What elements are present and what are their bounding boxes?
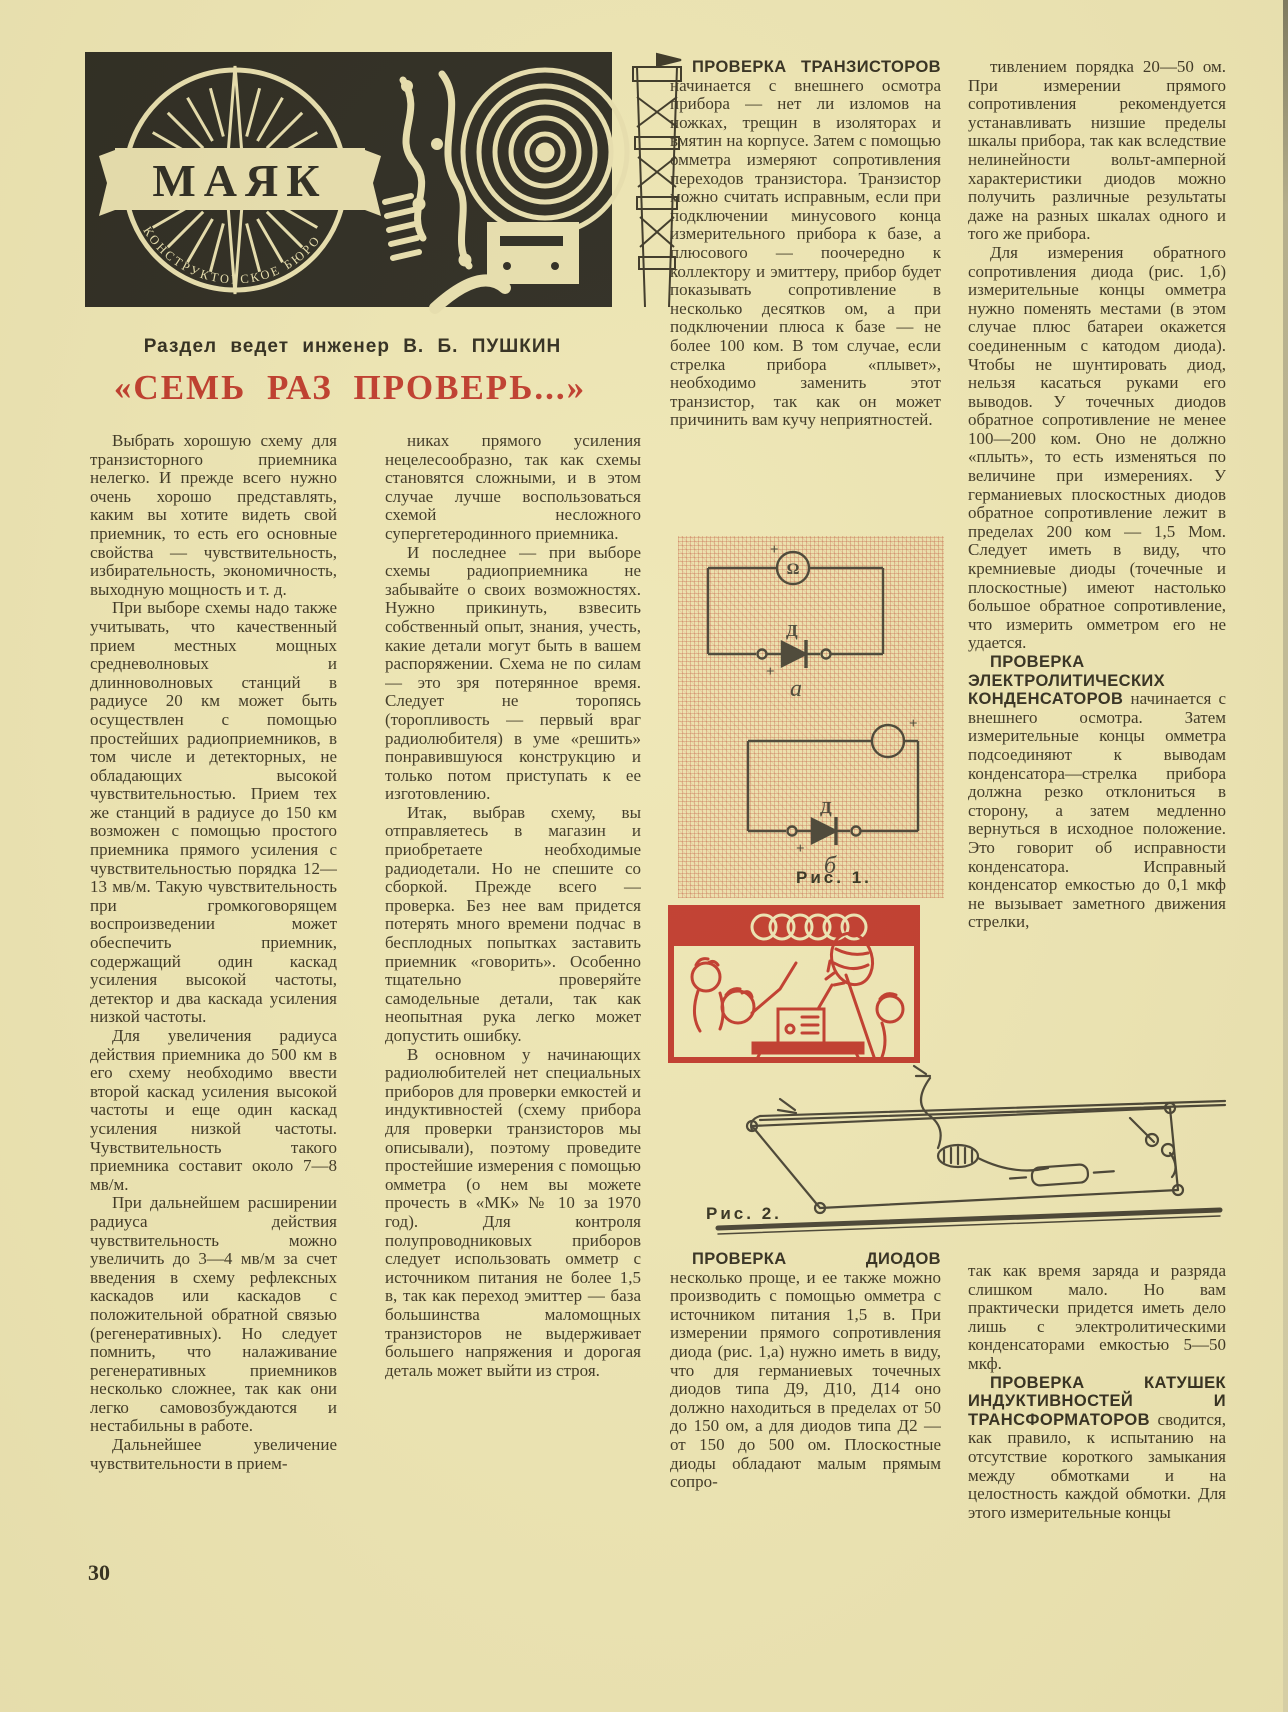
name-banner: МАЯК <box>99 148 381 216</box>
pointer-stick-art <box>752 963 796 1013</box>
column-4-bottom: так как время заряда и разряда слишком м… <box>968 1262 1226 1654</box>
figure-2-caption: Рис. 2. <box>706 1204 782 1224</box>
wire-art <box>921 1078 941 1148</box>
diode-label: Д <box>786 621 798 640</box>
paragraph: При выборе схемы надо также учитывать, ч… <box>90 599 337 1027</box>
section-heading-diodes: ПРОВЕРКА ДИОДОВ <box>692 1250 941 1268</box>
masthead-illustration: МАЯК КОНСТРУКТОРСКОЕ БЮРО <box>85 52 700 332</box>
page-number: 30 <box>88 1560 110 1586</box>
subfigure-a-label: а <box>790 676 802 702</box>
plus-label: + <box>770 542 779 558</box>
cartoon-illustration <box>668 905 920 1063</box>
masthead-art: МАЯК КОНСТРУКТОРСКОЕ БЮРО <box>85 52 700 332</box>
paragraph: Итак, выбрав схему, вы отправляетесь в м… <box>385 804 641 1046</box>
ohm-symbol: Ω <box>787 561 800 578</box>
plus-label: + <box>796 841 805 857</box>
column-2: никах прямого усиления нецелесообразно, … <box>385 432 641 1540</box>
paragraph: никах прямого усиления нецелесообразно, … <box>385 432 641 544</box>
resistor-art <box>1009 1162 1114 1187</box>
column-1: Выбрать хорошую схему для транзисторного… <box>90 432 337 1540</box>
paragraph: Для увеличения радиуса действия приемник… <box>90 1027 337 1194</box>
diode-label: Д <box>820 798 832 817</box>
paragraph: Выбрать хорошую схему для транзисторного… <box>90 432 337 599</box>
paragraph: ПРОВЕРКА ЭЛЕКТРОЛИТИЧЕСКИХ КОНДЕНСАТОРОВ… <box>968 653 1226 932</box>
column-3-bottom: ПРОВЕРКА ДИОДОВ несколько проще, и ее та… <box>670 1250 941 1562</box>
antenna-art <box>818 985 832 1009</box>
clip-art <box>778 1099 796 1113</box>
paragraph: Дальнейшее увеличение чувствительности в… <box>90 1436 337 1473</box>
plus-label: + <box>766 664 775 680</box>
paragraph: так как время заряда и разряда слишком м… <box>968 1262 1226 1374</box>
ohmmeter-icon <box>872 725 904 757</box>
page-title: «СЕМЬ РАЗ ПРОВЕРЬ...» <box>70 368 630 408</box>
column-3-top: ПРОВЕРКА ТРАНЗИСТОРОВ начинается с внешн… <box>670 58 941 538</box>
scan-edge-shadow <box>1283 0 1288 1712</box>
diode-icon <box>782 642 806 666</box>
child-head-art <box>692 963 720 991</box>
paragraph: ПРОВЕРКА ДИОДОВ несколько проще, и ее та… <box>670 1250 941 1492</box>
magazine-page: МАЯК КОНСТРУКТОРСКОЕ БЮРО <box>0 0 1288 1712</box>
paragraph: ПРОВЕРКА ТРАНЗИСТОРОВ начинается с внешн… <box>670 58 941 430</box>
paragraph: И последнее — при выборе схемы радиоприе… <box>385 544 641 804</box>
crocodile-clip-art <box>914 1066 930 1076</box>
figure-1-caption: Рис. 1. <box>796 868 872 888</box>
paragraph: Для измерения обратного сопротивления ди… <box>968 244 1226 653</box>
magazine-title: МАЯК <box>152 155 327 206</box>
paragraph: тивлением порядка 20—50 ом. При измерени… <box>968 58 1226 244</box>
paragraph: В основном у начинающих радиолюбителей н… <box>385 1046 641 1381</box>
diode-test-circuit-diagram: Ω + + Д + + Д а б <box>678 536 944 898</box>
diode-icon <box>812 819 836 843</box>
section-body: начинается с внешнего осмотра. Затем изм… <box>968 689 1226 931</box>
section-body: начинается с внешнего осмотра прибора — … <box>670 76 941 430</box>
paragraph: ПРОВЕРКА КАТУШЕК ИНДУКТИВНОСТЕЙ И ТРАНСФ… <box>968 1374 1226 1523</box>
paragraph: При дальнейшем расширении радиуса действ… <box>90 1194 337 1436</box>
section-body: несколько проще, и ее также можно произв… <box>670 1268 941 1492</box>
plus-label: + <box>909 716 918 732</box>
column-4-top: тивлением порядка 20—50 ом. При измерени… <box>968 58 1226 1120</box>
wire-art <box>1130 1118 1176 1177</box>
cartoon-art <box>668 905 920 1063</box>
byline: Раздел ведет инженер В. Б. ПУШКИН <box>85 336 620 358</box>
figure-1: Ω + + Д + + Д а б Рис. 1. <box>678 536 944 898</box>
section-heading-transistors: ПРОВЕРКА ТРАНЗИСТОРОВ <box>692 58 941 76</box>
